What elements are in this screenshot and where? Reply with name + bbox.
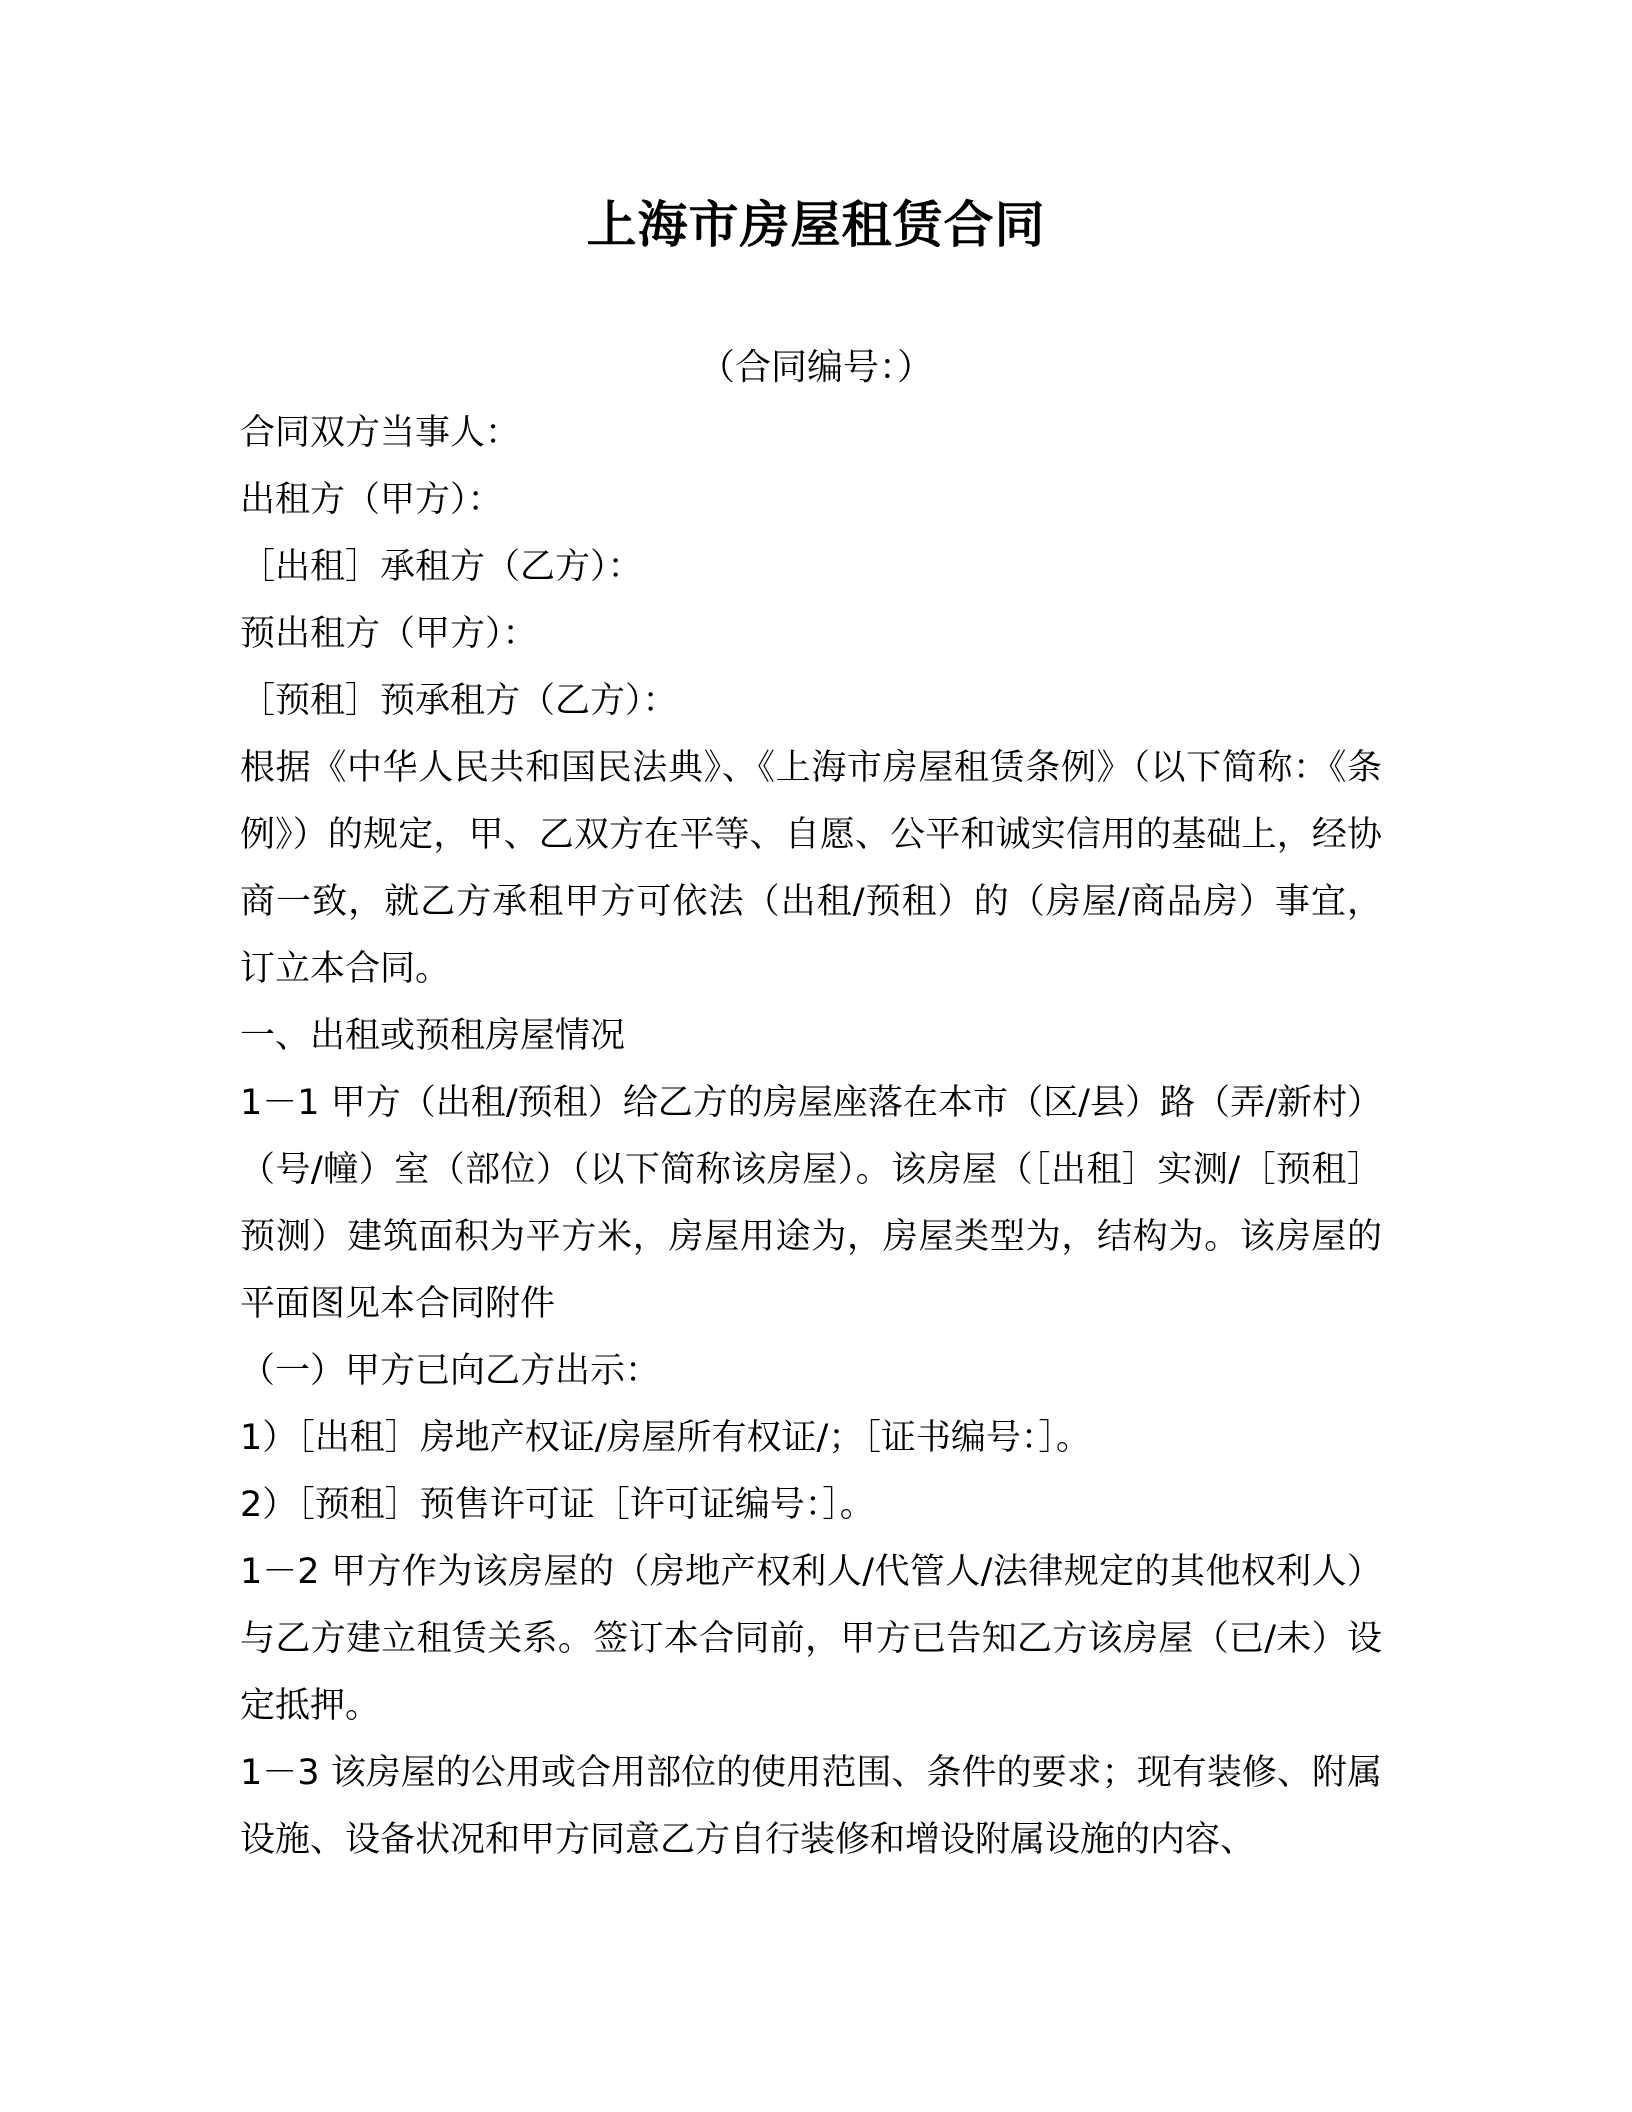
clause-1-3: 1－3 该房屋的公用或合用部位的使用范围、条件的要求；现有装修、附属设施、设备状… <box>240 1740 1382 1874</box>
clause-1-1-subheading: （一）甲方已向乙方出示： <box>240 1338 1382 1405</box>
contract-number-line: （合同编号：） <box>0 340 1632 396</box>
parties-heading: 合同双方当事人： <box>240 400 1382 467</box>
clause-1-1: 1－1 甲方（出租/预租）给乙方的房屋座落在本市（区/县）路（弄/新村）（号/幢… <box>240 1070 1382 1338</box>
lessor-line: 出租方（甲方）： <box>240 467 1382 534</box>
pre-lessee-line: ［预租］预承租方（乙方）： <box>240 668 1382 735</box>
document-page: 上海市房屋租赁合同 （合同编号：） 合同双方当事人： 出租方（甲方）： ［出租］… <box>0 0 1632 2112</box>
document-body: 合同双方当事人： 出租方（甲方）： ［出租］承租方（乙方）： 预出租方（甲方）：… <box>240 400 1382 1874</box>
section-heading: 一、出租或预租房屋情况 <box>240 1003 1382 1070</box>
pre-lessor-line: 预出租方（甲方）： <box>240 601 1382 668</box>
preamble-paragraph: 根据《中华人民共和国民法典》、《上海市房屋租赁条例》（以下简称：《条例》）的规定… <box>240 735 1382 1003</box>
clause-1-2: 1－2 甲方作为该房屋的（房地产权利人/代管人/法律规定的其他权利人）与乙方建立… <box>240 1539 1382 1740</box>
document-title: 上海市房屋租赁合同 <box>0 190 1632 260</box>
clause-1-1-item-2: 2）［预租］预售许可证［许可证编号：］。 <box>240 1472 1382 1539</box>
lessee-line: ［出租］承租方（乙方）： <box>240 534 1382 601</box>
clause-1-1-item-1: 1）［出租］房地产权证/房屋所有权证/；［证书编号：］。 <box>240 1405 1382 1472</box>
